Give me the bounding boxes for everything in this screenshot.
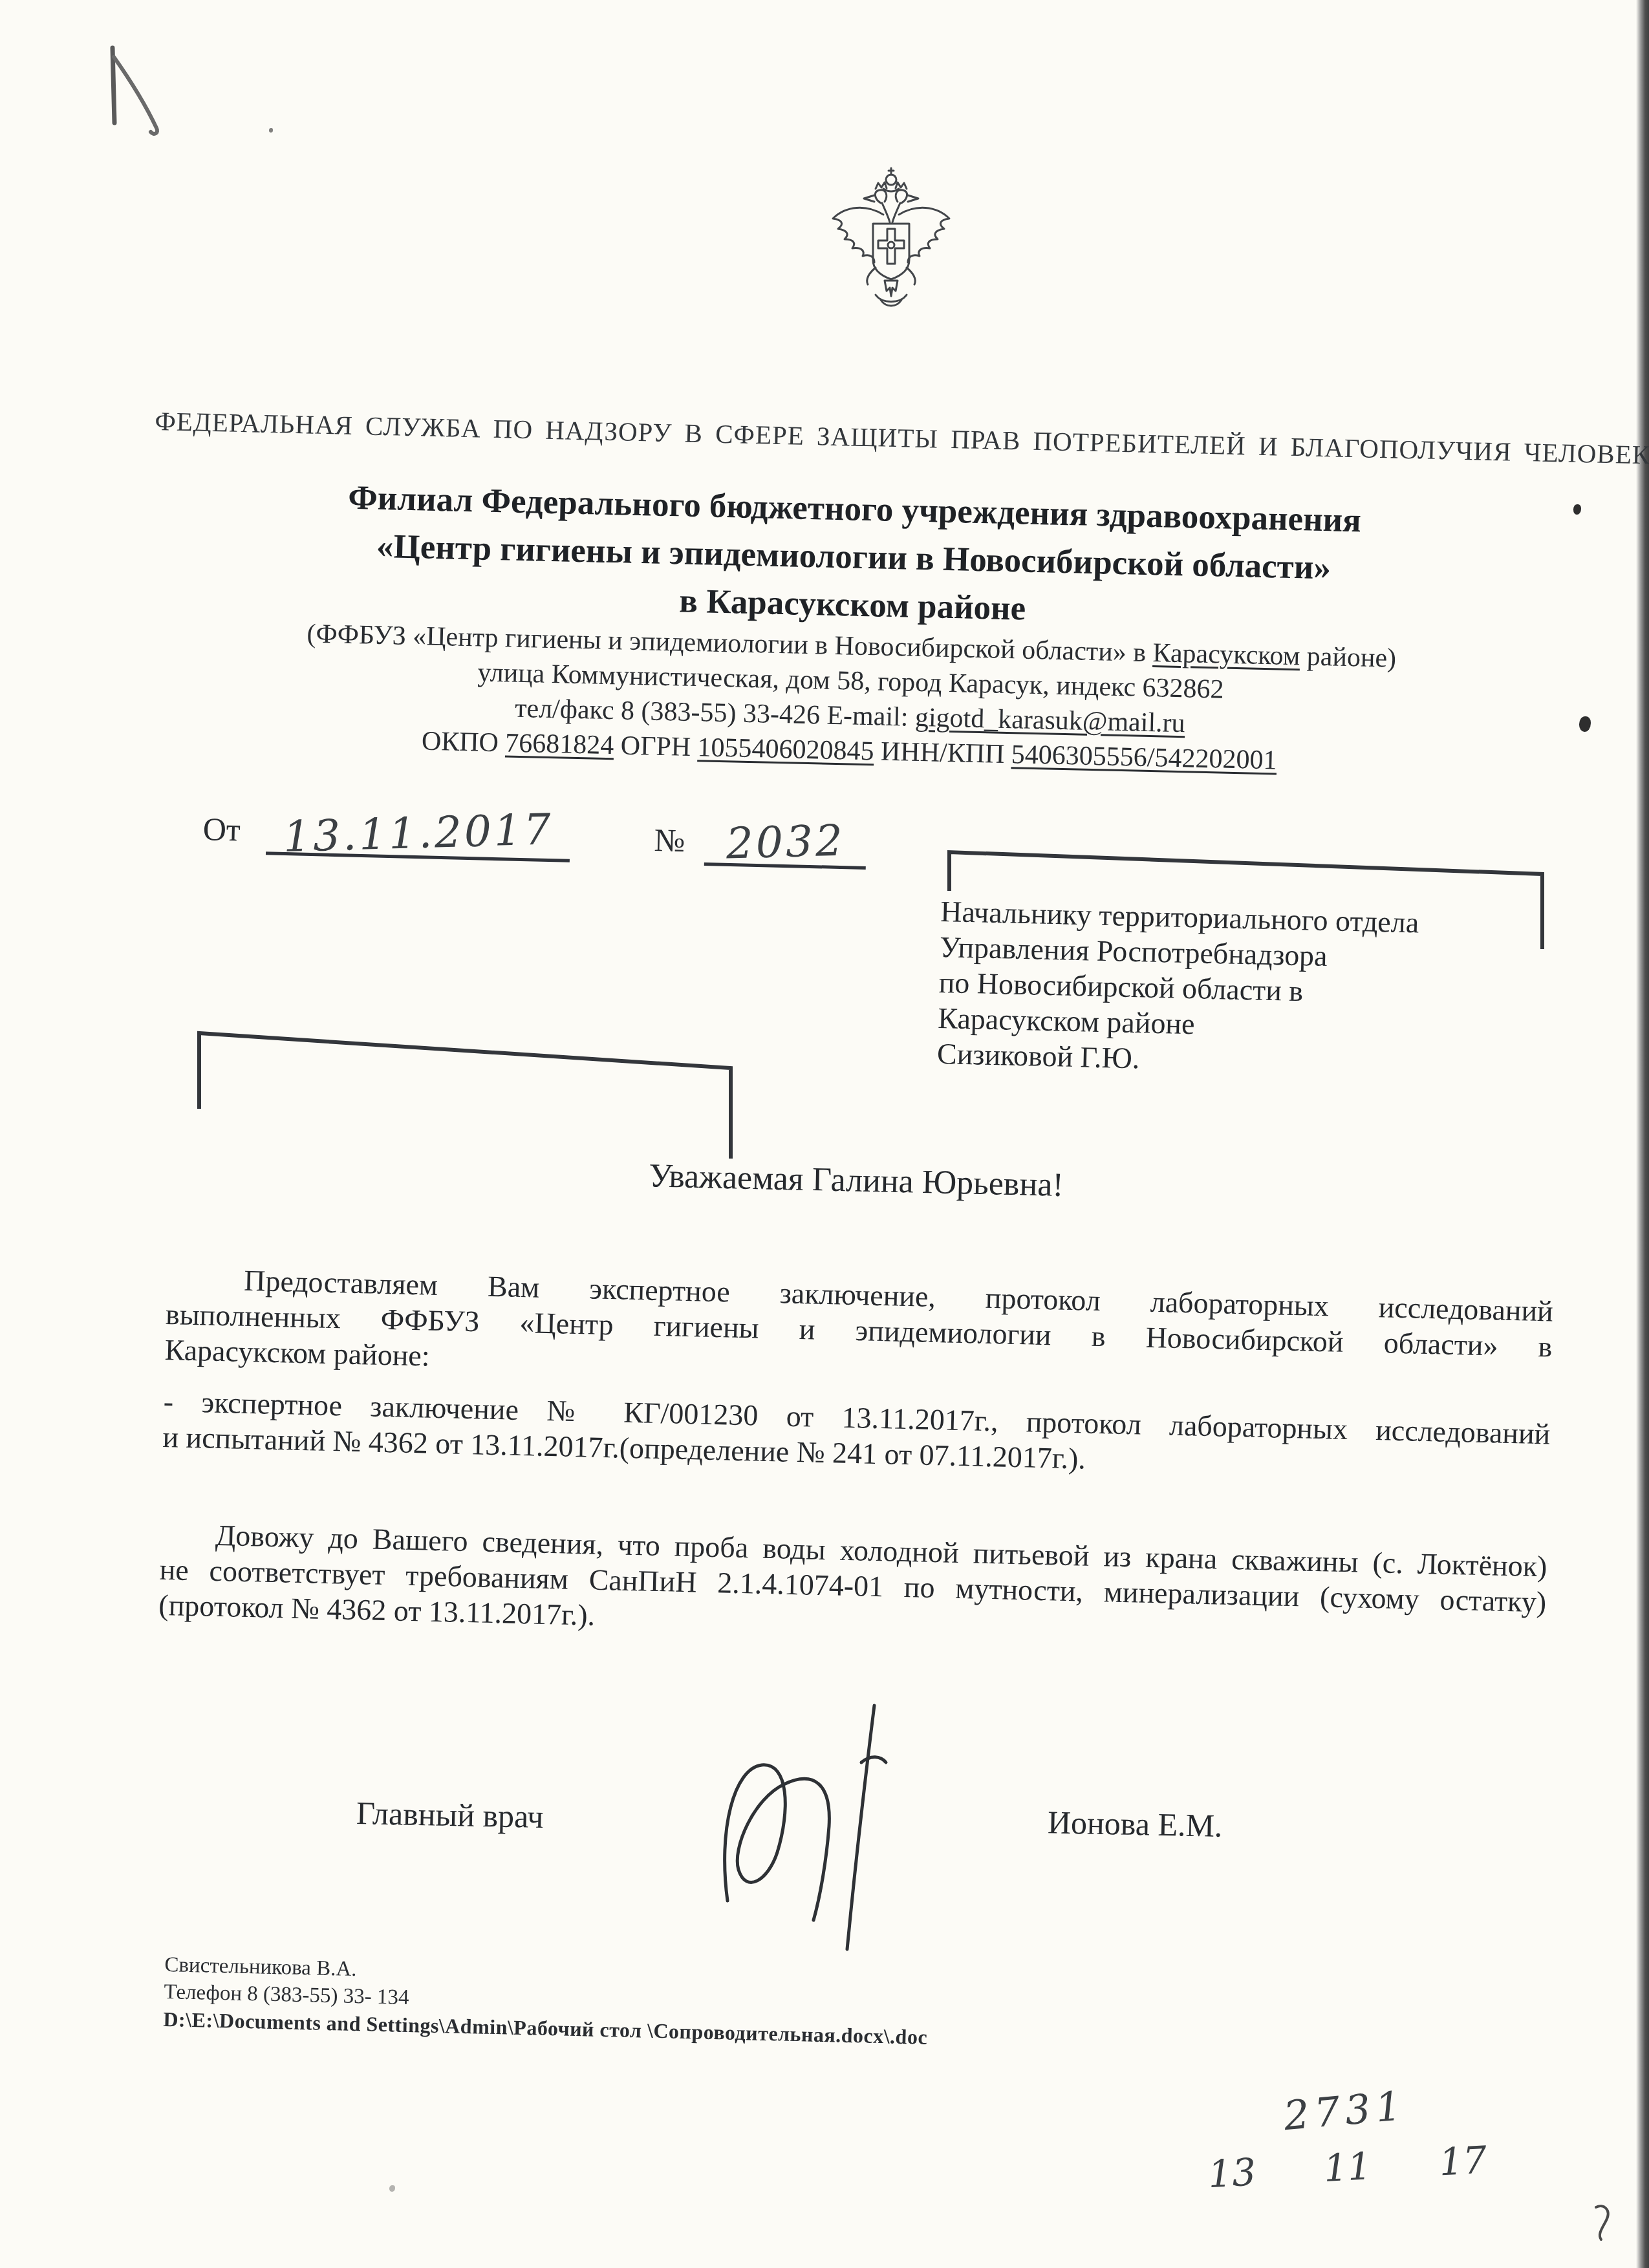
letterhead: ФЕДЕРАЛЬНАЯ СЛУЖБА ПО НАДЗОРУ В СФЕРЕ ЗА… [147, 406, 1558, 784]
ink-blot [1573, 504, 1581, 515]
handwritten-day: 13 [1207, 2150, 1257, 2196]
recipient-block: Начальнику территориального отдела Управ… [937, 893, 1419, 1082]
okpo-value: 76681824 [505, 728, 614, 760]
signature-autograph-icon [692, 1700, 925, 1959]
inn-label: ИНН/КПП [874, 736, 1011, 769]
number-label: № [654, 821, 685, 859]
pen-staple-mark-icon [84, 40, 188, 150]
scan-edge-shadow [1636, 0, 1649, 2268]
handwritten-month: 11 [1322, 2144, 1372, 2190]
date-underline: 13.11.2017 [266, 802, 571, 862]
okpo-label: ОКПО [421, 726, 506, 758]
ogrn-value: 1055406020845 [697, 733, 874, 766]
phone-prefix: тел/факс 8 (383-55) 33-426 E-mail: [515, 694, 916, 733]
email-text: gigotd_karasuk@mail.ru [914, 703, 1185, 738]
org-paren-underlined: Карасукском [1152, 638, 1300, 671]
handwritten-registration-number: 2731 [1282, 2082, 1408, 2139]
org-paren-suffix: районе) [1300, 641, 1397, 673]
signature-position-label: Главный врач [356, 1794, 544, 1835]
ink-speck [389, 2185, 395, 2192]
inn-value: 5406305556/542202001 [1011, 740, 1277, 775]
ogrn-label: ОГРН [614, 731, 698, 762]
handwritten-date: 13.11.2017 [283, 804, 554, 862]
agency-line: ФЕДЕРАЛЬНАЯ СЛУЖБА ПО НАДЗОРУ В СФЕРЕ ЗА… [155, 406, 1558, 467]
handwritten-number: 2032 [726, 815, 846, 868]
footer-block: Свистельникова В.А. Телефон 8 (383-55) 3… [163, 1951, 929, 2051]
from-label: От [202, 810, 241, 848]
handwritten-year: 17 [1438, 2138, 1488, 2185]
ink-blot [1579, 716, 1591, 732]
salutation-line: Уважаемая Галина Юрьевна! [155, 1146, 1558, 1215]
number-underline: 2032 [704, 813, 867, 870]
reference-row: От13.11.2017№2032 [202, 800, 867, 870]
signature-name: Ионова Е.М. [1047, 1803, 1223, 1845]
rospotrebnadzor-emblem-icon [820, 163, 962, 325]
ink-speck [269, 128, 273, 133]
handwritten-date-row: 13 11 17 [1207, 2138, 1488, 2196]
scanned-letter-page: ФЕДЕРАЛЬНАЯ СЛУЖБА ПО НАДЗОРУ В СФЕРЕ ЗА… [0, 0, 1649, 2268]
letter-body: Предоставляем Вам экспертное заключение,… [158, 1261, 1554, 1655]
corner-squiggle-mark-icon [1592, 2203, 1618, 2242]
